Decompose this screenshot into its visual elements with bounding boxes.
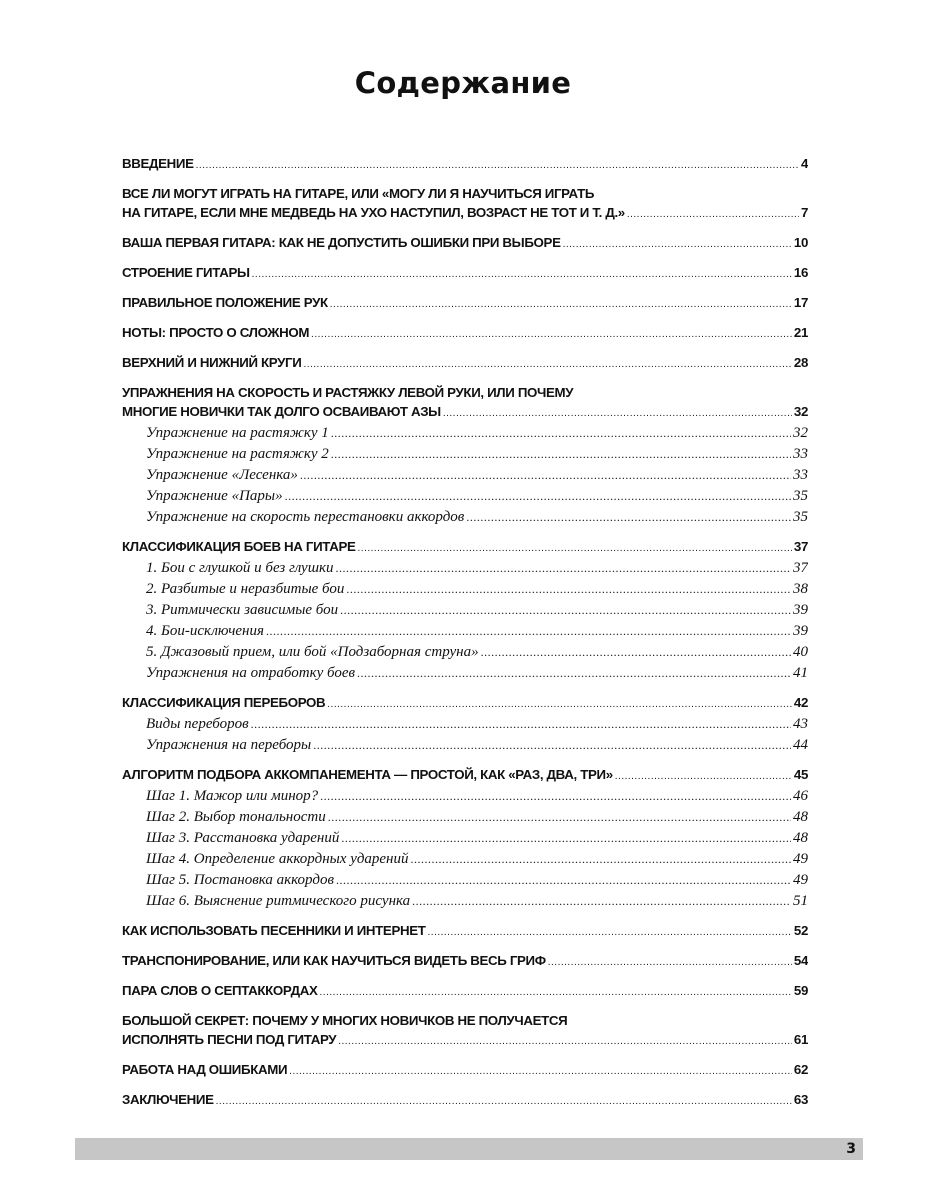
toc-section: ВАША ПЕРВАЯ ГИТАРА: КАК НЕ ДОПУСТИТЬ ОШИ… xyxy=(122,233,808,254)
toc-section: ВСЕ ЛИ МОГУТ ИГРАТЬ НА ГИТАРЕ, ИЛИ «МОГУ… xyxy=(122,184,808,224)
toc-entry-title: НОТЫ: ПРОСТО О СЛОЖНОМ xyxy=(122,323,309,342)
toc-subentry-page: 35 xyxy=(793,486,808,507)
dot-leader xyxy=(320,983,792,1002)
toc-entry-page: 62 xyxy=(794,1060,808,1079)
toc-subentry-page: 49 xyxy=(793,870,808,891)
toc-entry-title: КЛАССИФИКАЦИЯ БОЕВ НА ГИТАРЕ xyxy=(122,537,356,556)
toc-entry-title: АЛГОРИТМ ПОДБОРА АККОМПАНЕМЕНТА — ПРОСТО… xyxy=(122,765,613,784)
toc-subentry-title: Упражнение на растяжку 2 xyxy=(146,444,329,465)
toc-entry-page: 4 xyxy=(801,154,808,173)
toc-section: АЛГОРИТМ ПОДБОРА АККОМПАНЕМЕНТА — ПРОСТО… xyxy=(122,765,808,912)
toc-section: НОТЫ: ПРОСТО О СЛОЖНОМ21 xyxy=(122,323,808,344)
toc-subentry-page: 48 xyxy=(793,807,808,828)
dot-leader xyxy=(548,953,792,972)
toc-entry-title: РАБОТА НАД ОШИБКАМИ xyxy=(122,1060,287,1079)
toc-section: ВВЕДЕНИЕ4 xyxy=(122,154,808,175)
toc-subentry[interactable]: 5. Джазовый прием, или бой «Подзаборная … xyxy=(122,642,808,663)
toc-entry-page: 54 xyxy=(794,951,808,970)
toc-section: УПРАЖНЕНИЯ НА СКОРОСТЬ И РАСТЯЖКУ ЛЕВОЙ … xyxy=(122,383,808,528)
toc-entry-page: 59 xyxy=(794,981,808,1000)
toc-subentry[interactable]: Шаг 2. Выбор тональности48 xyxy=(122,807,808,828)
toc-subentry-title: Упражнение на скорость перестановки акко… xyxy=(146,507,464,528)
toc-entry[interactable]: БОЛЬШОЙ СЕКРЕТ: ПОЧЕМУ У МНОГИХ НОВИЧКОВ… xyxy=(122,1011,808,1030)
dot-leader xyxy=(336,870,791,891)
toc-section: РАБОТА НАД ОШИБКАМИ62 xyxy=(122,1060,808,1081)
dot-leader xyxy=(196,156,799,175)
toc-entry[interactable]: ТРАНСПОНИРОВАНИЕ, ИЛИ КАК НАУЧИТЬСЯ ВИДЕ… xyxy=(122,951,808,972)
toc-subentry-title: Шаг 1. Мажор или минор? xyxy=(146,786,318,807)
toc-subentry-page: 35 xyxy=(793,507,808,528)
toc-entry-title: КЛАССИФИКАЦИЯ ПЕРЕБОРОВ xyxy=(122,693,325,712)
toc-entry-page: 10 xyxy=(794,233,808,252)
toc-subentry[interactable]: Шаг 5. Постановка аккордов49 xyxy=(122,870,808,891)
toc-subentry-title: 4. Бои-исключения xyxy=(146,621,264,642)
toc-section: КЛАССИФИКАЦИЯ БОЕВ НА ГИТАРЕ371. Бои с г… xyxy=(122,537,808,684)
dot-leader xyxy=(331,444,791,465)
toc-subentry-page: 40 xyxy=(793,642,808,663)
toc-subentry-page: 41 xyxy=(793,663,808,684)
toc-section: СТРОЕНИЕ ГИТАРЫ16 xyxy=(122,263,808,284)
dot-leader xyxy=(252,265,792,284)
toc-entry[interactable]: КАК ИСПОЛЬЗОВАТЬ ПЕСЕННИКИ И ИНТЕРНЕТ52 xyxy=(122,921,808,942)
toc-section: ЗАКЛЮЧЕНИЕ63 xyxy=(122,1090,808,1111)
toc-entry-title: ВЕРХНИЙ И НИЖНИЙ КРУГИ xyxy=(122,353,301,372)
toc-subentry-page: 39 xyxy=(793,621,808,642)
toc-entry-title: НА ГИТАРЕ, ЕСЛИ МНЕ МЕДВЕДЬ НА УХО НАСТУ… xyxy=(122,203,625,222)
toc-entry-page: 17 xyxy=(794,293,808,312)
toc-entry-title: БОЛЬШОЙ СЕКРЕТ: ПОЧЕМУ У МНОГИХ НОВИЧКОВ… xyxy=(122,1011,567,1030)
dot-leader xyxy=(346,579,791,600)
dot-leader xyxy=(289,1062,792,1081)
dot-leader xyxy=(357,663,791,684)
toc-subentry[interactable]: Виды переборов43 xyxy=(122,714,808,735)
dot-leader xyxy=(330,295,792,314)
dot-leader xyxy=(563,235,792,254)
toc-subentry[interactable]: Упражнение на растяжку 233 xyxy=(122,444,808,465)
toc-section: ВЕРХНИЙ И НИЖНИЙ КРУГИ28 xyxy=(122,353,808,374)
toc-entry-page: 16 xyxy=(794,263,808,282)
toc-subentry[interactable]: Упражнение «Пары»35 xyxy=(122,486,808,507)
toc-subentry[interactable]: 2. Разбитые и неразбитые бои38 xyxy=(122,579,808,600)
toc-subentry-title: Упражнения на переборы xyxy=(146,735,311,756)
dot-leader xyxy=(320,786,791,807)
toc-section: ТРАНСПОНИРОВАНИЕ, ИЛИ КАК НАУЧИТЬСЯ ВИДЕ… xyxy=(122,951,808,972)
footer-bar: 3 xyxy=(75,1138,863,1160)
toc-entry-title: КАК ИСПОЛЬЗОВАТЬ ПЕСЕННИКИ И ИНТЕРНЕТ xyxy=(122,921,426,940)
dot-leader xyxy=(340,600,791,621)
toc-subentry-page: 48 xyxy=(793,828,808,849)
dot-leader xyxy=(251,714,791,735)
dot-leader xyxy=(311,325,792,344)
toc-subentry-title: 3. Ритмически зависимые бои xyxy=(146,600,338,621)
toc-subentry-page: 33 xyxy=(793,465,808,486)
dot-leader xyxy=(341,828,791,849)
toc-subentry-title: Виды переборов xyxy=(146,714,249,735)
toc-entry-title: ВСЕ ЛИ МОГУТ ИГРАТЬ НА ГИТАРЕ, ИЛИ «МОГУ… xyxy=(122,184,594,203)
toc-entry[interactable]: КЛАССИФИКАЦИЯ БОЕВ НА ГИТАРЕ37 xyxy=(122,537,808,558)
toc-subentry-title: Упражнение на растяжку 1 xyxy=(146,423,329,444)
toc-subentry-title: Шаг 5. Постановка аккордов xyxy=(146,870,334,891)
toc-subentry-title: 5. Джазовый прием, или бой «Подзаборная … xyxy=(146,642,479,663)
toc-entry-title: ВАША ПЕРВАЯ ГИТАРА: КАК НЕ ДОПУСТИТЬ ОШИ… xyxy=(122,233,561,252)
toc-subentry-page: 46 xyxy=(793,786,808,807)
toc-subentry[interactable]: 4. Бои-исключения39 xyxy=(122,621,808,642)
toc-entry[interactable]: МНОГИЕ НОВИЧКИ ТАК ДОЛГО ОСВАИВАЮТ АЗЫ32 xyxy=(122,402,808,423)
toc-entry[interactable]: ПРАВИЛЬНОЕ ПОЛОЖЕНИЕ РУК17 xyxy=(122,293,808,314)
toc-entry-title: ТРАНСПОНИРОВАНИЕ, ИЛИ КАК НАУЧИТЬСЯ ВИДЕ… xyxy=(122,951,546,970)
toc-entry-title: ПРАВИЛЬНОЕ ПОЛОЖЕНИЕ РУК xyxy=(122,293,328,312)
toc-subentry-page: 43 xyxy=(793,714,808,735)
page-title: Содержание xyxy=(0,66,926,100)
dot-leader xyxy=(266,621,791,642)
toc-subentry-title: Упражнение «Пары» xyxy=(146,486,283,507)
dot-leader xyxy=(412,891,791,912)
toc-entry[interactable]: СТРОЕНИЕ ГИТАРЫ16 xyxy=(122,263,808,284)
dot-leader xyxy=(411,849,792,870)
dot-leader xyxy=(443,404,792,423)
toc-subentry-page: 39 xyxy=(793,600,808,621)
toc-entry-page: 63 xyxy=(794,1090,808,1109)
toc-subentry-page: 51 xyxy=(793,891,808,912)
dot-leader xyxy=(331,423,791,444)
toc-subentry-page: 32 xyxy=(793,423,808,444)
toc-section: ПРАВИЛЬНОЕ ПОЛОЖЕНИЕ РУК17 xyxy=(122,293,808,314)
toc-subentry-title: Шаг 6. Выяснение ритмического рисунка xyxy=(146,891,410,912)
toc-section: ПАРА СЛОВ О СЕПТАККОРДАХ59 xyxy=(122,981,808,1002)
toc-subentry[interactable]: Шаг 6. Выяснение ритмического рисунка51 xyxy=(122,891,808,912)
toc-entry[interactable]: НА ГИТАРЕ, ЕСЛИ МНЕ МЕДВЕДЬ НА УХО НАСТУ… xyxy=(122,203,808,224)
toc-entry[interactable]: ЗАКЛЮЧЕНИЕ63 xyxy=(122,1090,808,1111)
toc-entry-title: ИСПОЛНЯТЬ ПЕСНИ ПОД ГИТАРУ xyxy=(122,1030,336,1049)
footer-page-number: 3 xyxy=(846,1140,856,1158)
toc-entry-title: УПРАЖНЕНИЯ НА СКОРОСТЬ И РАСТЯЖКУ ЛЕВОЙ … xyxy=(122,383,573,402)
toc-entry[interactable]: АЛГОРИТМ ПОДБОРА АККОМПАНЕМЕНТА — ПРОСТО… xyxy=(122,765,808,786)
dot-leader xyxy=(303,355,791,374)
toc-subentry-title: Шаг 4. Определение аккордных ударений xyxy=(146,849,409,870)
toc-subentry[interactable]: Шаг 4. Определение аккордных ударений49 xyxy=(122,849,808,870)
toc-entry-page: 45 xyxy=(794,765,808,784)
toc-subentry-title: Упражнение «Лесенка» xyxy=(146,465,298,486)
toc-subentry[interactable]: Шаг 1. Мажор или минор?46 xyxy=(122,786,808,807)
toc-entry-title: ВВЕДЕНИЕ xyxy=(122,154,194,173)
toc-subentry[interactable]: 1. Бои с глушкой и без глушки37 xyxy=(122,558,808,579)
toc-subentry[interactable]: Упражнения на отработку боев41 xyxy=(122,663,808,684)
dot-leader xyxy=(358,539,792,558)
toc-entry[interactable]: ИСПОЛНЯТЬ ПЕСНИ ПОД ГИТАРУ61 xyxy=(122,1030,808,1051)
dot-leader xyxy=(216,1092,792,1111)
toc-subentry-title: Шаг 2. Выбор тональности xyxy=(146,807,326,828)
toc-entry-page: 42 xyxy=(794,693,808,712)
toc-subentry[interactable]: Упражнение на растяжку 132 xyxy=(122,423,808,444)
toc-subentry[interactable]: 3. Ритмически зависимые бои39 xyxy=(122,600,808,621)
dot-leader xyxy=(428,923,792,942)
toc-subentry-page: 44 xyxy=(793,735,808,756)
toc-entry-title: ПАРА СЛОВ О СЕПТАККОРДАХ xyxy=(122,981,318,1000)
toc-subentry-page: 38 xyxy=(793,579,808,600)
toc-subentry-title: 1. Бои с глушкой и без глушки xyxy=(146,558,334,579)
dot-leader xyxy=(481,642,791,663)
toc-entry-title: СТРОЕНИЕ ГИТАРЫ xyxy=(122,263,250,282)
toc-entry[interactable]: НОТЫ: ПРОСТО О СЛОЖНОМ21 xyxy=(122,323,808,344)
toc-entry[interactable]: ВАША ПЕРВАЯ ГИТАРА: КАК НЕ ДОПУСТИТЬ ОШИ… xyxy=(122,233,808,254)
toc-subentry[interactable]: Упражнения на переборы44 xyxy=(122,735,808,756)
dot-leader xyxy=(300,465,791,486)
toc-subentry[interactable]: Упражнение «Лесенка»33 xyxy=(122,465,808,486)
dot-leader xyxy=(615,767,792,786)
toc-entry-page: 32 xyxy=(794,402,808,421)
toc-entry[interactable]: ВСЕ ЛИ МОГУТ ИГРАТЬ НА ГИТАРЕ, ИЛИ «МОГУ… xyxy=(122,184,808,203)
toc-entry-page: 61 xyxy=(794,1030,808,1049)
dot-leader xyxy=(285,486,791,507)
toc-section: БОЛЬШОЙ СЕКРЕТ: ПОЧЕМУ У МНОГИХ НОВИЧКОВ… xyxy=(122,1011,808,1051)
toc-subentry-page: 49 xyxy=(793,849,808,870)
toc-subentry[interactable]: Упражнение на скорость перестановки акко… xyxy=(122,507,808,528)
toc-entry-page: 7 xyxy=(801,203,808,222)
toc-section: КАК ИСПОЛЬЗОВАТЬ ПЕСЕННИКИ И ИНТЕРНЕТ52 xyxy=(122,921,808,942)
dot-leader xyxy=(327,695,792,714)
toc-entry[interactable]: КЛАССИФИКАЦИЯ ПЕРЕБОРОВ42 xyxy=(122,693,808,714)
dot-leader xyxy=(338,1032,792,1051)
toc-subentry[interactable]: Шаг 3. Расстановка ударений48 xyxy=(122,828,808,849)
table-of-contents: ВВЕДЕНИЕ4ВСЕ ЛИ МОГУТ ИГРАТЬ НА ГИТАРЕ, … xyxy=(122,154,808,1120)
dot-leader xyxy=(336,558,791,579)
toc-entry-title: ЗАКЛЮЧЕНИЕ xyxy=(122,1090,214,1109)
toc-entry[interactable]: ВВЕДЕНИЕ4 xyxy=(122,154,808,175)
toc-entry[interactable]: РАБОТА НАД ОШИБКАМИ62 xyxy=(122,1060,808,1081)
toc-entry-page: 28 xyxy=(794,353,808,372)
toc-entry[interactable]: ПАРА СЛОВ О СЕПТАККОРДАХ59 xyxy=(122,981,808,1002)
toc-subentry-title: Шаг 3. Расстановка ударений xyxy=(146,828,339,849)
toc-subentry-title: 2. Разбитые и неразбитые бои xyxy=(146,579,344,600)
toc-subentry-page: 37 xyxy=(793,558,808,579)
toc-subentry-page: 33 xyxy=(793,444,808,465)
toc-section: КЛАССИФИКАЦИЯ ПЕРЕБОРОВ42Виды переборов4… xyxy=(122,693,808,756)
dot-leader xyxy=(627,205,799,224)
dot-leader xyxy=(313,735,791,756)
dot-leader xyxy=(466,507,791,528)
toc-entry[interactable]: ВЕРХНИЙ И НИЖНИЙ КРУГИ28 xyxy=(122,353,808,374)
toc-entry-page: 37 xyxy=(794,537,808,556)
toc-entry-title: МНОГИЕ НОВИЧКИ ТАК ДОЛГО ОСВАИВАЮТ АЗЫ xyxy=(122,402,441,421)
toc-subentry-title: Упражнения на отработку боев xyxy=(146,663,355,684)
dot-leader xyxy=(328,807,791,828)
toc-entry-page: 21 xyxy=(794,323,808,342)
toc-entry[interactable]: УПРАЖНЕНИЯ НА СКОРОСТЬ И РАСТЯЖКУ ЛЕВОЙ … xyxy=(122,383,808,402)
toc-entry-page: 52 xyxy=(794,921,808,940)
